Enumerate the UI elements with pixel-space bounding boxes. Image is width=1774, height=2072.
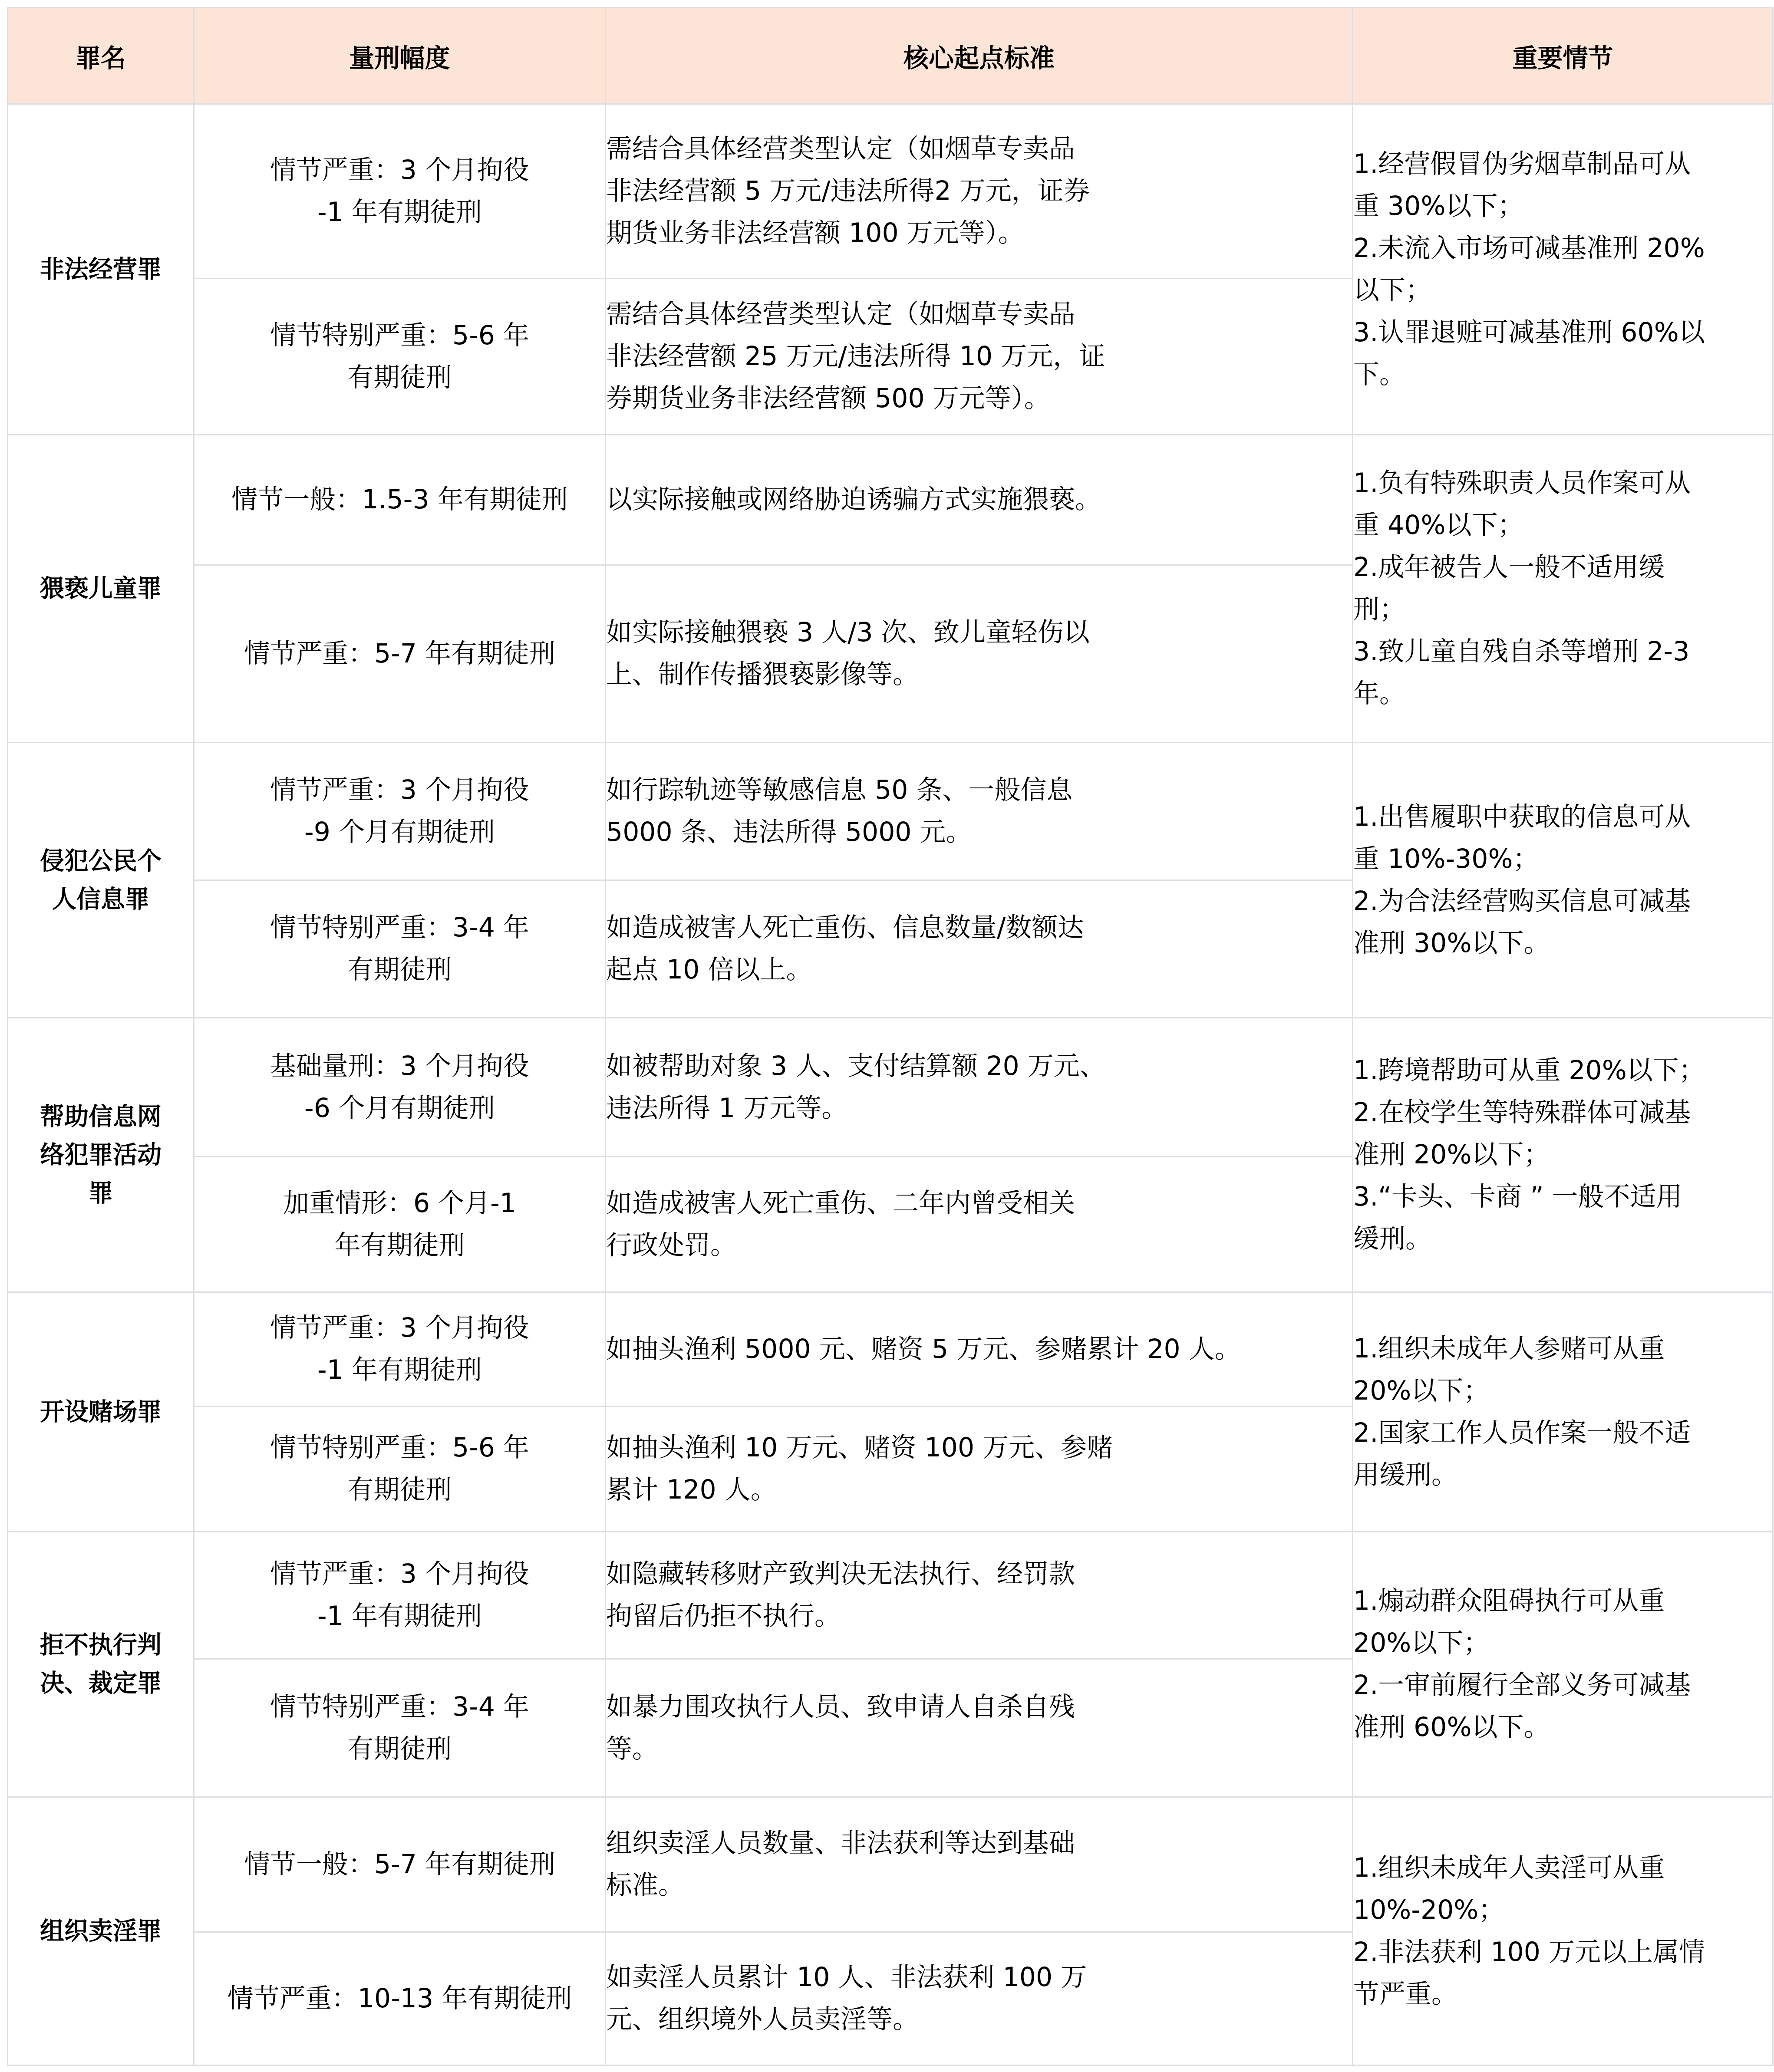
- factor-text: 1.出售履职中获取的信息可从: [1353, 796, 1772, 838]
- factor-text: 20%以下；: [1353, 1622, 1772, 1664]
- standard-text: 需结合具体经营类型认定（如烟草专卖品: [606, 128, 1352, 170]
- factor-text: 缓刑。: [1353, 1218, 1772, 1260]
- factor-text: 1.跨境帮助可从重 20%以下；: [1353, 1050, 1772, 1092]
- header-key-factors: 重要情节: [1353, 8, 1773, 104]
- factor-text: 年。: [1353, 673, 1772, 715]
- crime-name: 拒不执行判: [8, 1626, 193, 1664]
- factor-text: 1.经营假冒伪劣烟草制品可从: [1353, 143, 1772, 185]
- standard-text: 如实际接触猥亵 3 人/3 次、致儿童轻伤以: [606, 612, 1352, 654]
- crime-name: 罪: [8, 1174, 193, 1212]
- factor-text: 准刑 60%以下。: [1353, 1706, 1772, 1749]
- key-factors-cell: 1.组织未成年人参赌可从重 20%以下； 2.国家工作人员作案一般不适 用缓刑。: [1353, 1292, 1773, 1532]
- standard-text: 累计 120 人。: [606, 1469, 1352, 1511]
- range-text: -1 年有期徒刑: [195, 1595, 605, 1637]
- table-row: 侵犯公民个 人信息罪 情节严重：3 个月拘役 -9 个月有期徒刑 如行踪轨迹等敏…: [8, 743, 1773, 880]
- core-standard-cell: 如抽头渔利 10 万元、赌资 100 万元、参赌 累计 120 人。: [606, 1407, 1353, 1532]
- crime-name: 侵犯公民个: [8, 842, 193, 880]
- factor-text: 重 10%-30%；: [1353, 838, 1772, 880]
- sentence-range-cell: 情节严重：3 个月拘役 -9 个月有期徒刑: [194, 743, 606, 880]
- factor-text: 重 40%以下；: [1353, 504, 1772, 547]
- factor-text: 2.在校学生等特殊群体可减基: [1353, 1092, 1772, 1134]
- crime-name: 猥亵儿童罪: [8, 570, 193, 608]
- sentence-range-cell: 加重情形：6 个月-1 年有期徒刑: [194, 1157, 606, 1292]
- range-text: 基础量刑：3 个月拘役: [195, 1045, 605, 1087]
- standard-text: 等。: [606, 1728, 1352, 1770]
- standard-text: 如隐藏转移财产致判决无法执行、经罚款: [606, 1553, 1352, 1595]
- factor-text: 2.为合法经营购买信息可减基: [1353, 880, 1772, 922]
- standard-text: 5000 条、违法所得 5000 元。: [606, 811, 1352, 853]
- sentence-range-cell: 情节严重：3 个月拘役 -1 年有期徒刑: [194, 1532, 606, 1659]
- factor-text: 用缓刑。: [1353, 1454, 1772, 1496]
- crime-name-cell: 开设赌场罪: [8, 1292, 194, 1532]
- key-factors-cell: 1.负有特殊职责人员作案可从 重 40%以下； 2.成年被告人一般不适用缓 刑；…: [1353, 435, 1773, 743]
- factor-text: 3.“卡头、卡商 ” 一般不适用: [1353, 1176, 1772, 1218]
- core-standard-cell: 如抽头渔利 5000 元、赌资 5 万元、参赌累计 20 人。: [606, 1292, 1353, 1407]
- standard-text: 如造成被害人死亡重伤、二年内曾受相关: [606, 1183, 1352, 1225]
- header-sentence-range: 量刑幅度: [194, 8, 606, 104]
- standard-text: 如抽头渔利 5000 元、赌资 5 万元、参赌累计 20 人。: [606, 1328, 1352, 1370]
- range-text: 有期徒刑: [195, 357, 605, 399]
- key-factors-cell: 1.组织未成年人卖淫可从重 10%-20%； 2.非法获利 100 万元以上属情…: [1353, 1797, 1773, 2065]
- factor-text: 准刑 20%以下；: [1353, 1134, 1772, 1176]
- sentencing-table: 罪名 量刑幅度 核心起点标准 重要情节 非法经营罪 情节严重：3 个月拘役 -1…: [7, 7, 1774, 2066]
- standard-text: 如造成被害人死亡重伤、信息数量/数额达: [606, 907, 1352, 949]
- standard-text: 元、组织境外人员卖淫等。: [606, 1999, 1352, 2041]
- table-row: 猥亵儿童罪 情节一般：1.5-3 年有期徒刑 以实际接触或网络胁迫诱骗方式实施猥…: [8, 435, 1773, 565]
- standard-text: 如卖淫人员累计 10 人、非法获利 100 万: [606, 1957, 1352, 1999]
- factor-text: 2.一审前履行全部义务可减基: [1353, 1664, 1772, 1706]
- sentence-range-cell: 情节严重：3 个月拘役 -1 年有期徒刑: [194, 1292, 606, 1407]
- header-core-standard: 核心起点标准: [606, 8, 1353, 104]
- standard-text: 如暴力围攻执行人员、致申请人自杀自残: [606, 1686, 1352, 1728]
- factor-text: 1.煽动群众阻碍执行可从重: [1353, 1580, 1772, 1622]
- range-text: 情节严重：3 个月拘役: [195, 769, 605, 811]
- range-text: 加重情形：6 个月-1: [195, 1183, 605, 1225]
- standard-text: 以实际接触或网络胁迫诱骗方式实施猥亵。: [606, 479, 1352, 521]
- crime-name-cell: 猥亵儿童罪: [8, 435, 194, 743]
- core-standard-cell: 如行踪轨迹等敏感信息 50 条、一般信息 5000 条、违法所得 5000 元。: [606, 743, 1353, 880]
- standard-text: 拘留后仍拒不执行。: [606, 1595, 1352, 1637]
- crime-name: 络犯罪活动: [8, 1136, 193, 1174]
- standard-text: 需结合具体经营类型认定（如烟草专卖品: [606, 293, 1352, 336]
- standard-text: 上、制作传播猥亵影像等。: [606, 654, 1352, 696]
- factor-text: 1.负有特殊职责人员作案可从: [1353, 462, 1772, 504]
- sentence-range-cell: 情节特别严重：5-6 年 有期徒刑: [194, 1407, 606, 1532]
- core-standard-cell: 如隐藏转移财产致判决无法执行、经罚款 拘留后仍拒不执行。: [606, 1532, 1353, 1659]
- range-text: 有期徒刑: [195, 1469, 605, 1511]
- range-text: 有期徒刑: [195, 1728, 605, 1770]
- core-standard-cell: 组织卖淫人员数量、非法获利等达到基础 标准。: [606, 1797, 1353, 1932]
- crime-name-cell: 侵犯公民个 人信息罪: [8, 743, 194, 1018]
- core-standard-cell: 以实际接触或网络胁迫诱骗方式实施猥亵。: [606, 435, 1353, 565]
- core-standard-cell: 如造成被害人死亡重伤、信息数量/数额达 起点 10 倍以上。: [606, 880, 1353, 1018]
- crime-name: 非法经营罪: [8, 250, 193, 289]
- core-standard-cell: 如实际接触猥亵 3 人/3 次、致儿童轻伤以 上、制作传播猥亵影像等。: [606, 565, 1353, 743]
- sentence-range-cell: 情节特别严重：3-4 年 有期徒刑: [194, 1659, 606, 1797]
- range-text: 有期徒刑: [195, 949, 605, 991]
- standard-text: 期货业务非法经营额 100 万元等）。: [606, 212, 1352, 254]
- key-factors-cell: 1.跨境帮助可从重 20%以下； 2.在校学生等特殊群体可减基 准刑 20%以下…: [1353, 1018, 1773, 1292]
- factor-text: 2.非法获利 100 万元以上属情: [1353, 1931, 1772, 1973]
- table-row: 拒不执行判 决、裁定罪 情节严重：3 个月拘役 -1 年有期徒刑 如隐藏转移财产…: [8, 1532, 1773, 1659]
- crime-name-cell: 拒不执行判 决、裁定罪: [8, 1532, 194, 1797]
- factor-text: 10%-20%；: [1353, 1889, 1772, 1931]
- range-text: 情节一般：5-7 年有期徒刑: [195, 1844, 605, 1886]
- range-text: -1 年有期徒刑: [195, 191, 605, 234]
- factor-text: 3.认罪退赃可减基准刑 60%以: [1353, 312, 1772, 354]
- range-text: -1 年有期徒刑: [195, 1349, 605, 1391]
- crime-name: 决、裁定罪: [8, 1664, 193, 1703]
- factor-text: 刑；: [1353, 589, 1772, 631]
- range-text: 情节特别严重：5-6 年: [195, 315, 605, 357]
- standard-text: 组织卖淫人员数量、非法获利等达到基础: [606, 1822, 1352, 1864]
- factor-text: 20%以下；: [1353, 1370, 1772, 1412]
- core-standard-cell: 需结合具体经营类型认定（如烟草专卖品 非法经营额 5 万元/违法所得2 万元，证…: [606, 104, 1353, 279]
- range-text: 情节严重：3 个月拘役: [195, 1307, 605, 1349]
- table-row: 组织卖淫罪 情节一般：5-7 年有期徒刑 组织卖淫人员数量、非法获利等达到基础 …: [8, 1797, 1773, 1932]
- factor-text: 下。: [1353, 354, 1772, 396]
- standard-text: 如抽头渔利 10 万元、赌资 100 万元、参赌: [606, 1427, 1352, 1469]
- table-row: 帮助信息网 络犯罪活动 罪 基础量刑：3 个月拘役 -6 个月有期徒刑 如被帮助…: [8, 1018, 1773, 1157]
- core-standard-cell: 需结合具体经营类型认定（如烟草专卖品 非法经营额 25 万元/违法所得 10 万…: [606, 279, 1353, 435]
- range-text: 情节特别严重：3-4 年: [195, 1686, 605, 1728]
- factor-text: 2.未流入市场可减基准刑 20%: [1353, 227, 1772, 270]
- crime-name-cell: 非法经营罪: [8, 104, 194, 435]
- core-standard-cell: 如卖淫人员累计 10 人、非法获利 100 万 元、组织境外人员卖淫等。: [606, 1932, 1353, 2065]
- factor-text: 1.组织未成年人卖淫可从重: [1353, 1847, 1772, 1889]
- standard-text: 违法所得 1 万元等。: [606, 1087, 1352, 1130]
- crime-name: 帮助信息网: [8, 1098, 193, 1136]
- sentence-range-cell: 情节一般：1.5-3 年有期徒刑: [194, 435, 606, 565]
- core-standard-cell: 如暴力围攻执行人员、致申请人自杀自残 等。: [606, 1659, 1353, 1797]
- sentence-range-cell: 情节一般：5-7 年有期徒刑: [194, 1797, 606, 1932]
- sentence-range-cell: 情节特别严重：3-4 年 有期徒刑: [194, 880, 606, 1018]
- factor-text: 以下；: [1353, 270, 1772, 312]
- range-text: 情节一般：1.5-3 年有期徒刑: [195, 479, 605, 521]
- table-row: 开设赌场罪 情节严重：3 个月拘役 -1 年有期徒刑 如抽头渔利 5000 元、…: [8, 1292, 1773, 1407]
- range-text: 情节特别严重：3-4 年: [195, 907, 605, 949]
- standard-text: 券期货业务非法经营额 500 万元等）。: [606, 378, 1352, 420]
- key-factors-cell: 1.煽动群众阻碍执行可从重 20%以下； 2.一审前履行全部义务可减基 准刑 6…: [1353, 1532, 1773, 1797]
- key-factors-cell: 1.出售履职中获取的信息可从 重 10%-30%； 2.为合法经营购买信息可减基…: [1353, 743, 1773, 1018]
- core-standard-cell: 如造成被害人死亡重伤、二年内曾受相关 行政处罚。: [606, 1157, 1353, 1292]
- factor-text: 2.国家工作人员作案一般不适: [1353, 1412, 1772, 1454]
- range-text: 情节特别严重：5-6 年: [195, 1427, 605, 1469]
- core-standard-cell: 如被帮助对象 3 人、支付结算额 20 万元、 违法所得 1 万元等。: [606, 1018, 1353, 1157]
- standard-text: 标准。: [606, 1864, 1352, 1907]
- sentence-range-cell: 情节严重：5-7 年有期徒刑: [194, 565, 606, 743]
- crime-name-cell: 帮助信息网 络犯罪活动 罪: [8, 1018, 194, 1292]
- crime-name-cell: 组织卖淫罪: [8, 1797, 194, 2065]
- standard-text: 非法经营额 25 万元/违法所得 10 万元，证: [606, 336, 1352, 378]
- factor-text: 节严重。: [1353, 1973, 1772, 2016]
- header-crime-name: 罪名: [8, 8, 194, 104]
- crime-name: 人信息罪: [8, 880, 193, 919]
- factor-text: 1.组织未成年人参赌可从重: [1353, 1328, 1772, 1370]
- sentence-range-cell: 情节严重：10-13 年有期徒刑: [194, 1932, 606, 2065]
- crime-name: 开设赌场罪: [8, 1393, 193, 1431]
- sentence-range-cell: 情节严重：3 个月拘役 -1 年有期徒刑: [194, 104, 606, 279]
- standard-text: 如行踪轨迹等敏感信息 50 条、一般信息: [606, 769, 1352, 811]
- standard-text: 起点 10 倍以上。: [606, 949, 1352, 991]
- standard-text: 非法经营额 5 万元/违法所得2 万元，证券: [606, 170, 1352, 212]
- key-factors-cell: 1.经营假冒伪劣烟草制品可从 重 30%以下； 2.未流入市场可减基准刑 20%…: [1353, 104, 1773, 435]
- range-text: 情节严重：3 个月拘役: [195, 1553, 605, 1595]
- factor-text: 准刑 30%以下。: [1353, 922, 1772, 965]
- range-text: 情节严重：5-7 年有期徒刑: [195, 633, 605, 675]
- factor-text: 2.成年被告人一般不适用缓: [1353, 547, 1772, 589]
- standard-text: 如被帮助对象 3 人、支付结算额 20 万元、: [606, 1045, 1352, 1087]
- crime-name: 组织卖淫罪: [8, 1912, 193, 1950]
- range-text: 情节严重：3 个月拘役: [195, 149, 605, 191]
- standard-text: 行政处罚。: [606, 1225, 1352, 1267]
- sentence-range-cell: 基础量刑：3 个月拘役 -6 个月有期徒刑: [194, 1018, 606, 1157]
- factor-text: 3.致儿童自残自杀等增刑 2-3: [1353, 631, 1772, 673]
- range-text: -9 个月有期徒刑: [195, 811, 605, 853]
- table-row: 非法经营罪 情节严重：3 个月拘役 -1 年有期徒刑 需结合具体经营类型认定（如…: [8, 104, 1773, 279]
- factor-text: 重 30%以下；: [1353, 185, 1772, 227]
- sentence-range-cell: 情节特别严重：5-6 年 有期徒刑: [194, 279, 606, 435]
- range-text: -6 个月有期徒刑: [195, 1087, 605, 1130]
- header-row: 罪名 量刑幅度 核心起点标准 重要情节: [8, 8, 1773, 104]
- range-text: 年有期徒刑: [195, 1225, 605, 1267]
- range-text: 情节严重：10-13 年有期徒刑: [195, 1978, 605, 2020]
